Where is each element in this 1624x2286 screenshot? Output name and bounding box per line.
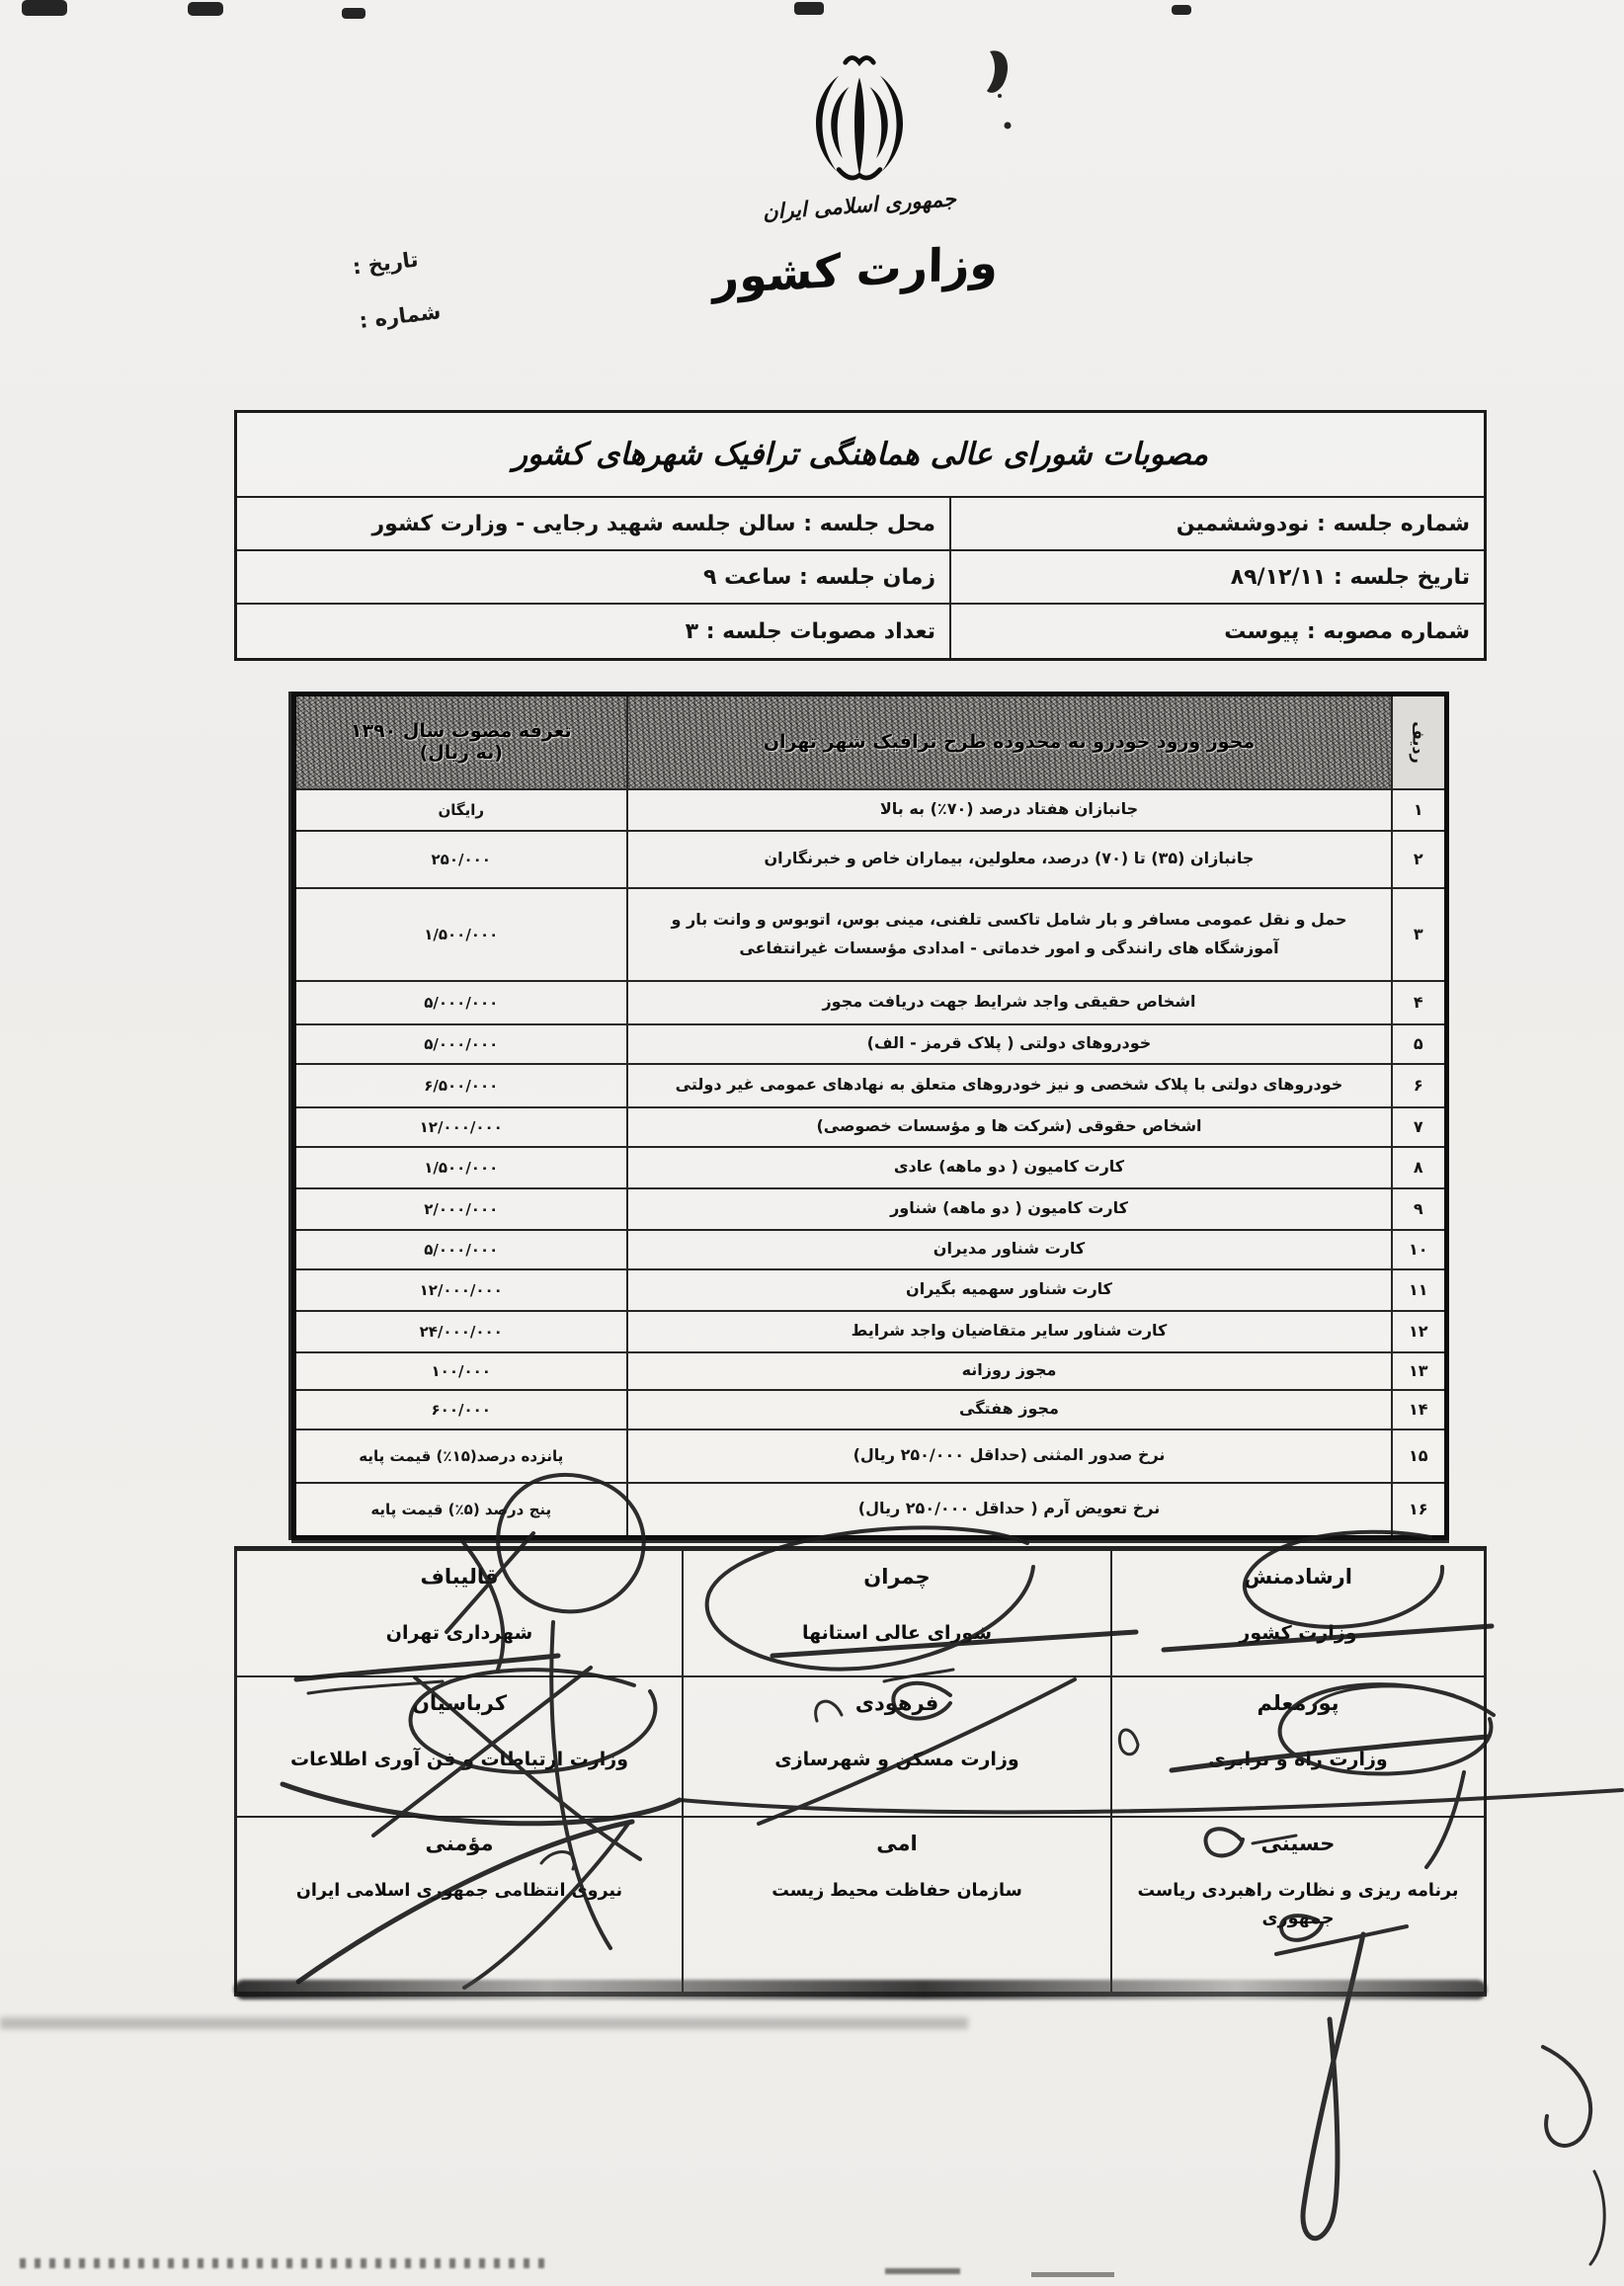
signatory-name: کرباسیان	[237, 1691, 682, 1715]
column-header-row-no: ردیف	[1392, 694, 1447, 789]
resolution-number: شماره مصوبه : پیوست	[949, 605, 1484, 658]
signatures-table: ارشادمنش وزارت کشور چمران شورای عالی است…	[234, 1546, 1487, 1997]
table-row: ۱جانبازان هفتاد درصد (۷۰٪) به بالارایگان	[294, 789, 1447, 831]
table-row: ۸کارت کامیون ( دو ماهه) عادی۱/۵۰۰/۰۰۰	[294, 1147, 1447, 1188]
signature-stroke	[1590, 2171, 1604, 2264]
table-row: ۱۳مجوز روزانه۱۰۰/۰۰۰	[294, 1352, 1447, 1390]
scan-mark	[1172, 5, 1191, 15]
signature-cell-interior-ministry: ارشادمنش وزارت کشور	[1110, 1549, 1484, 1675]
ink-dot	[998, 94, 1002, 98]
ink-blot	[987, 50, 1008, 93]
meeting-info-table: مصوبات شورای عالی هماهنگی ترافیک شهرهای …	[234, 410, 1487, 661]
meeting-location: محل جلسه : سالن جلسه شهید رجایی - وزارت …	[237, 498, 949, 551]
scan-smudge	[1031, 2272, 1114, 2277]
signatory-organization: وزارت کشور	[1112, 1618, 1484, 1648]
scan-mark	[22, 0, 67, 16]
signatory-name: چمران	[684, 1565, 1110, 1589]
scan-smudge	[885, 2268, 960, 2274]
letterhead-date-number-block: تاریخ : شماره :	[350, 226, 480, 348]
scan-mark	[188, 2, 223, 16]
table-row: ۵خودروهای دولتی ( پلاک قرمز - الف)۵/۰۰۰/…	[294, 1024, 1447, 1064]
signature-cell-police-force: مؤمنی نیروی انتظامی جمهوری اسلامی ایران	[235, 1816, 682, 1992]
signatory-name: پورمعلم	[1112, 1691, 1484, 1715]
signatory-name: مؤمنی	[237, 1832, 682, 1855]
signatory-organization: وزارت ارتباطات و فن آوری اطلاعات	[237, 1745, 682, 1774]
table-row: ۲جانبازان (۳۵) تا (۷۰) درصد، معلولین، بی…	[294, 831, 1447, 888]
meeting-time: زمان جلسه : ساعت ۹	[237, 551, 949, 605]
table-row: ۳حمل و نقل عمومی مسافر و بار شامل تاکسی …	[294, 888, 1447, 981]
scanned-document-page: تاریخ : شماره : جمهوری اسلامی ایران وزار…	[0, 0, 1624, 2286]
table-row: ۶خودروهای دولتی با پلاک شخصی و نیز خودرو…	[294, 1064, 1447, 1107]
signatory-name: حسینی	[1112, 1832, 1484, 1855]
signature-cell-ict-ministry: کرباسیان وزارت ارتباطات و فن آوری اطلاعا…	[235, 1675, 682, 1816]
table-row: ۱۲کارت شناور سایر متقاضیان واجد شرایط۲۴/…	[294, 1311, 1447, 1352]
session-number: شماره جلسه : نودوششمین	[949, 498, 1484, 551]
resolutions-count: تعداد مصوبات جلسه : ۳	[237, 605, 949, 658]
meeting-info-grid: شماره جلسه : نودوششمین محل جلسه : سالن ج…	[237, 498, 1484, 658]
column-header-description: مجوز ورود خودرو به محدوده طرح ترافیک شهر…	[627, 694, 1392, 789]
iran-national-emblem-icon	[796, 49, 923, 200]
signature-cell-provinces-council: چمران شورای عالی استانها	[682, 1549, 1110, 1675]
ministry-name: وزارت کشور	[707, 235, 1005, 304]
signature-cell-environment-org: امی سازمان حفاظت محیط زیست	[682, 1816, 1110, 1992]
signatory-organization: شورای عالی استانها	[684, 1618, 1110, 1648]
document-title: مصوبات شورای عالی هماهنگی ترافیک شهرهای …	[237, 413, 1484, 498]
signatory-name: امی	[684, 1832, 1110, 1855]
table-row: ۱۵نرخ صدور المثنی (حداقل ۲۵۰/۰۰۰ ریال)پا…	[294, 1429, 1447, 1483]
table-row: ۱۰کارت شناور مدیران۵/۰۰۰/۰۰۰	[294, 1230, 1447, 1269]
signatory-organization: وزارت راه و ترابری	[1112, 1745, 1484, 1774]
signatory-organization: سازمان حفاظت محیط زیست	[684, 1877, 1110, 1905]
tariff-table: ردیف مجوز ورود خودرو به محدوده طرح ترافی…	[291, 692, 1449, 1540]
signatory-organization: برنامه ریزی و نظارت راهبردی ریاست جمهوری	[1112, 1877, 1484, 1932]
signature-cell-housing-ministry: فرهودی وزارت مسکن و شهرسازی	[682, 1675, 1110, 1816]
scan-smudge	[234, 1980, 1487, 2000]
table-row: ۹کارت کامیون ( دو ماهه) شناور۲/۰۰۰/۰۰۰	[294, 1188, 1447, 1230]
signature-cell-planning-office: حسینی برنامه ریزی و نظارت راهبردی ریاست …	[1110, 1816, 1484, 1992]
tariff-header-line1: تعرفه مصوب سال ۱۳۹۰	[296, 720, 626, 742]
session-date: تاریخ جلسه : ۸۹/۱۲/۱۱	[949, 551, 1484, 605]
signatory-organization: شهرداری تهران	[237, 1618, 682, 1648]
scan-mark	[794, 2, 824, 15]
table-row: ۴اشخاص حقیقی واجد شرایط جهت دریافت مجوز۵…	[294, 981, 1447, 1024]
table-row: ۷اشخاص حقوقی (شرکت ها و مؤسسات خصوصی)۱۲/…	[294, 1107, 1447, 1147]
column-header-tariff: تعرفه مصوب سال ۱۳۹۰ (به ریال)	[294, 694, 627, 789]
signature-stroke	[1543, 2047, 1590, 2146]
signatory-name: فرهودی	[684, 1691, 1110, 1715]
scan-smudge	[20, 2258, 553, 2268]
signatory-name: ارشادمنش	[1112, 1565, 1484, 1589]
scan-smudge	[0, 2017, 968, 2029]
signatory-name: قالیباف	[237, 1565, 682, 1589]
signature-cell-roads-ministry: پورمعلم وزارت راه و ترابری	[1110, 1675, 1484, 1816]
tariff-header-row: ردیف مجوز ورود خودرو به محدوده طرح ترافی…	[294, 694, 1447, 789]
scan-mark	[342, 8, 365, 19]
signatory-organization: نیروی انتظامی جمهوری اسلامی ایران	[237, 1877, 682, 1905]
table-row: ۱۴مجوز هفتگی۶۰۰/۰۰۰	[294, 1390, 1447, 1429]
tariff-header-line2: (به ریال)	[296, 742, 626, 764]
table-row: ۱۶نرخ تعویض آرم ( حداقل ۲۵۰/۰۰۰ ریال)پنج…	[294, 1483, 1447, 1538]
signatory-organization: وزارت مسکن و شهرسازی	[684, 1745, 1110, 1774]
table-row: ۱۱کارت شناور سهمیه بگیران۱۲/۰۰۰/۰۰۰	[294, 1269, 1447, 1311]
signature-cell-tehran-municipality: قالیباف شهرداری تهران	[235, 1549, 682, 1675]
tariff-table-wrap: ردیف مجوز ورود خودرو به محدوده طرح ترافی…	[291, 692, 1449, 1540]
ink-dot	[1005, 122, 1012, 129]
